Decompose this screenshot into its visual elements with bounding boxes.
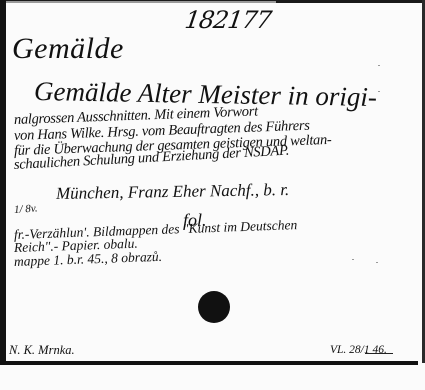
catalog-card: 182177 Gemälde Gemälde Alter Meister in … (0, 0, 425, 367)
card-top-edge-shading (6, 1, 276, 3)
revision-underline (365, 353, 393, 354)
subject-heading: Gemälde (12, 32, 124, 66)
cataloger-signature: N. K. Mrnka. (9, 343, 75, 358)
imprint: München, Franz Eher Nachf., b. r. (56, 180, 290, 204)
scan-speck (378, 65, 380, 66)
card-left-border (0, 0, 6, 363)
call-number: 182177 (183, 6, 273, 34)
scan-speck (378, 91, 380, 92)
card-bottom-border (0, 361, 418, 365)
size-note: 1/ 8v. (14, 202, 38, 216)
punch-hole (198, 291, 230, 323)
scan-speck (376, 262, 378, 263)
revision-date: VL. 28/1 46. (330, 344, 387, 356)
scan-speck (352, 259, 354, 260)
